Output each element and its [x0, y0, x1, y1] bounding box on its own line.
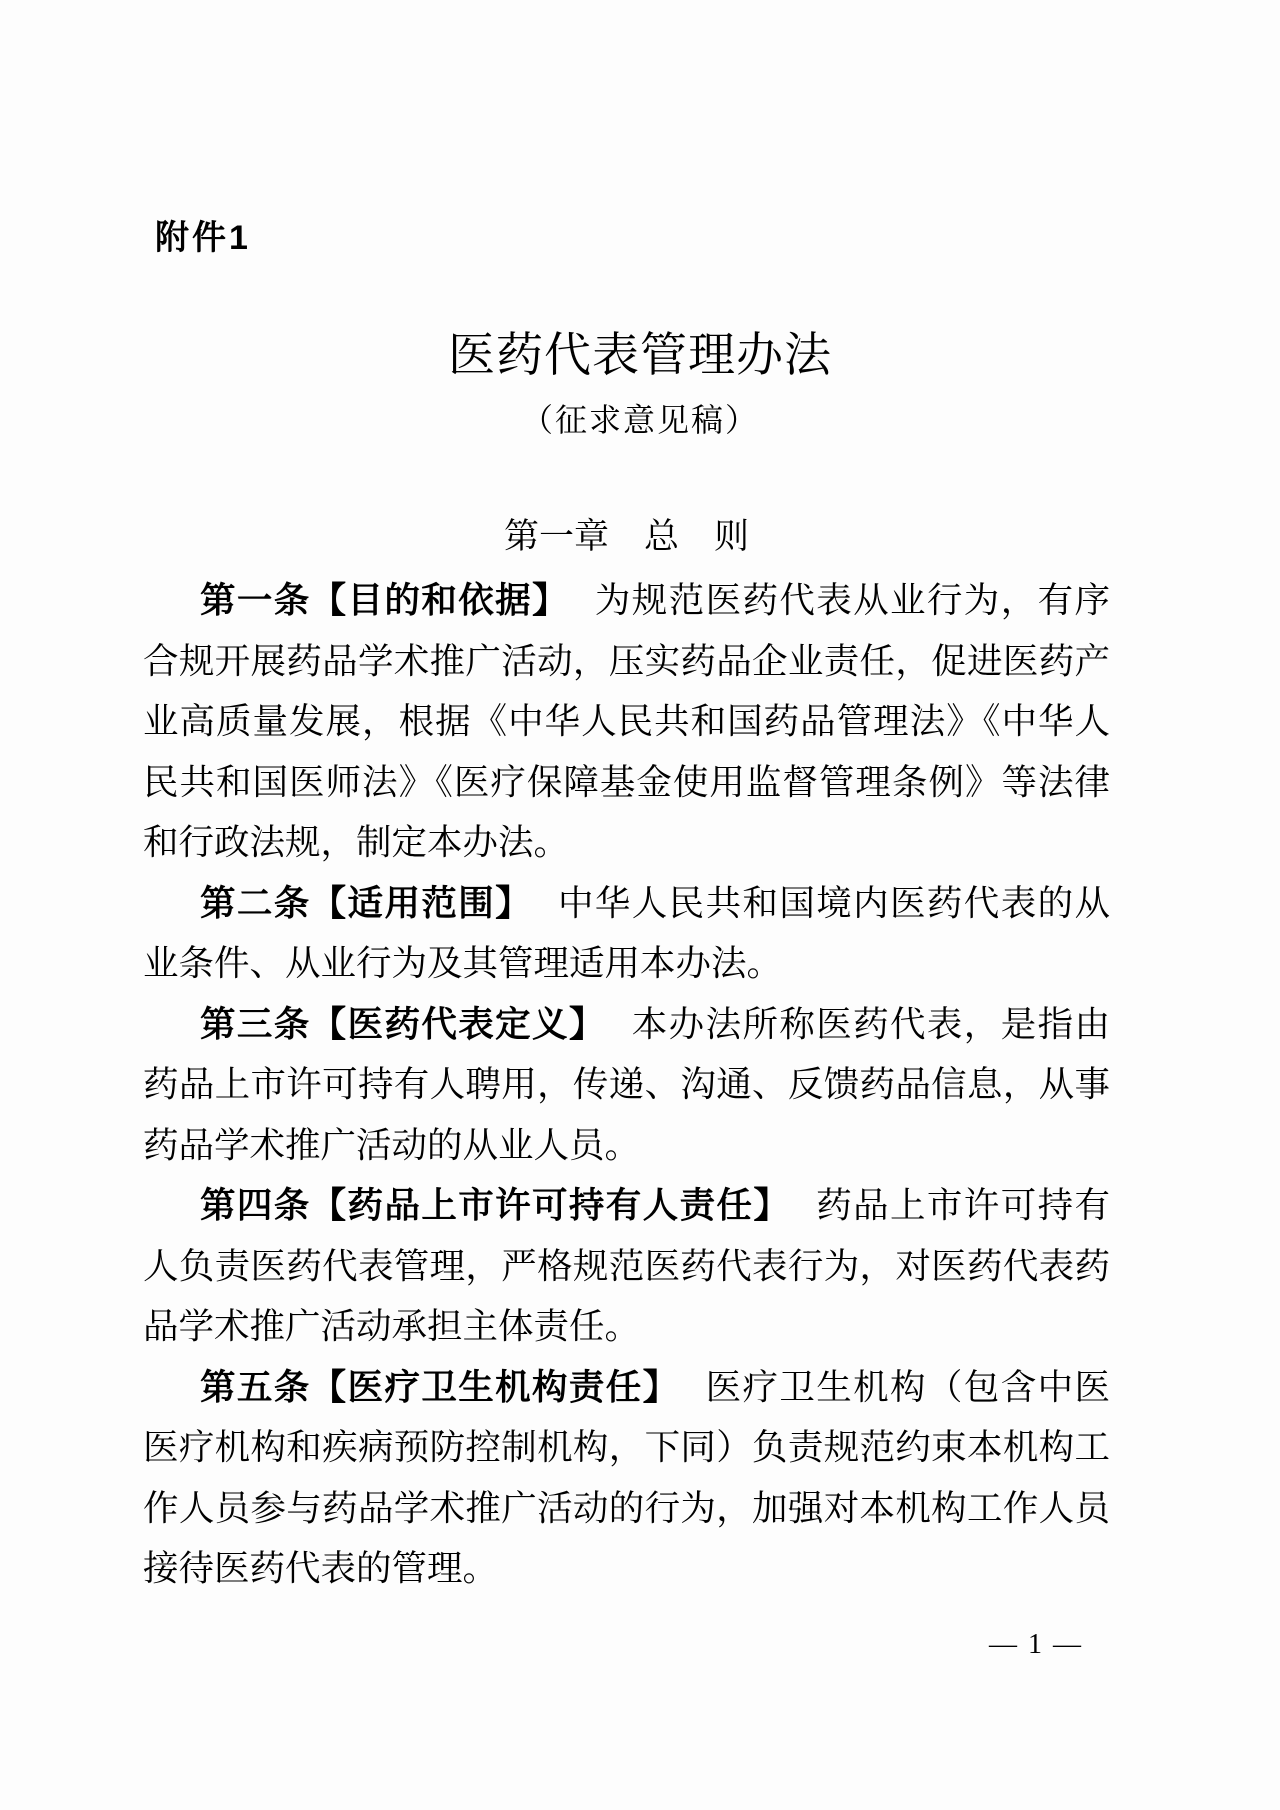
article-text: 为规范医药代表从业行为，有序合规开展药品学术推广活动，压实药品企业责任，促进医药…: [143, 580, 1110, 862]
page-number: — 1 —: [975, 1628, 1097, 1662]
article-paragraph: 第五条【医疗卫生机构责任】医疗卫生机构（包含中医医疗机构和疾病预防控制机构，下同…: [143, 1357, 1110, 1599]
article-heading: 第三条【医药代表定义】: [200, 1004, 606, 1044]
article-heading: 第四条【药品上市许可持有人责任】: [200, 1185, 790, 1225]
chapter-heading: 第一章 总 则: [143, 516, 1110, 558]
article-paragraph: 第二条【适用范围】中华人民共和国境内医药代表的从业条件、从业行为及其管理适用本办…: [143, 873, 1110, 994]
document-title: 医药代表管理办法: [0, 331, 1280, 383]
article-heading: 第五条【医疗卫生机构责任】: [200, 1367, 680, 1407]
attachment-label: 附件1: [155, 221, 251, 255]
article-paragraph: 第三条【医药代表定义】本办法所称医药代表，是指由药品上市许可持有人聘用，传递、沟…: [143, 994, 1110, 1176]
article-heading: 第二条【适用范围】: [200, 883, 532, 923]
article-paragraph: 第四条【药品上市许可持有人责任】药品上市许可持有人负责医药代表管理，严格规范医药…: [143, 1175, 1110, 1357]
article-paragraph: 第一条【目的和依据】为规范医药代表从业行为，有序合规开展药品学术推广活动，压实药…: [143, 570, 1110, 873]
document-body: 第一条【目的和依据】为规范医药代表从业行为，有序合规开展药品学术推广活动，压实药…: [143, 570, 1110, 1599]
article-heading: 第一条【目的和依据】: [200, 580, 569, 620]
document-page: 附件1 医药代表管理办法 （征求意见稿） 第一章 总 则 第一条【目的和依据】为…: [0, 0, 1280, 1810]
document-subtitle: （征求意见稿）: [0, 401, 1280, 439]
